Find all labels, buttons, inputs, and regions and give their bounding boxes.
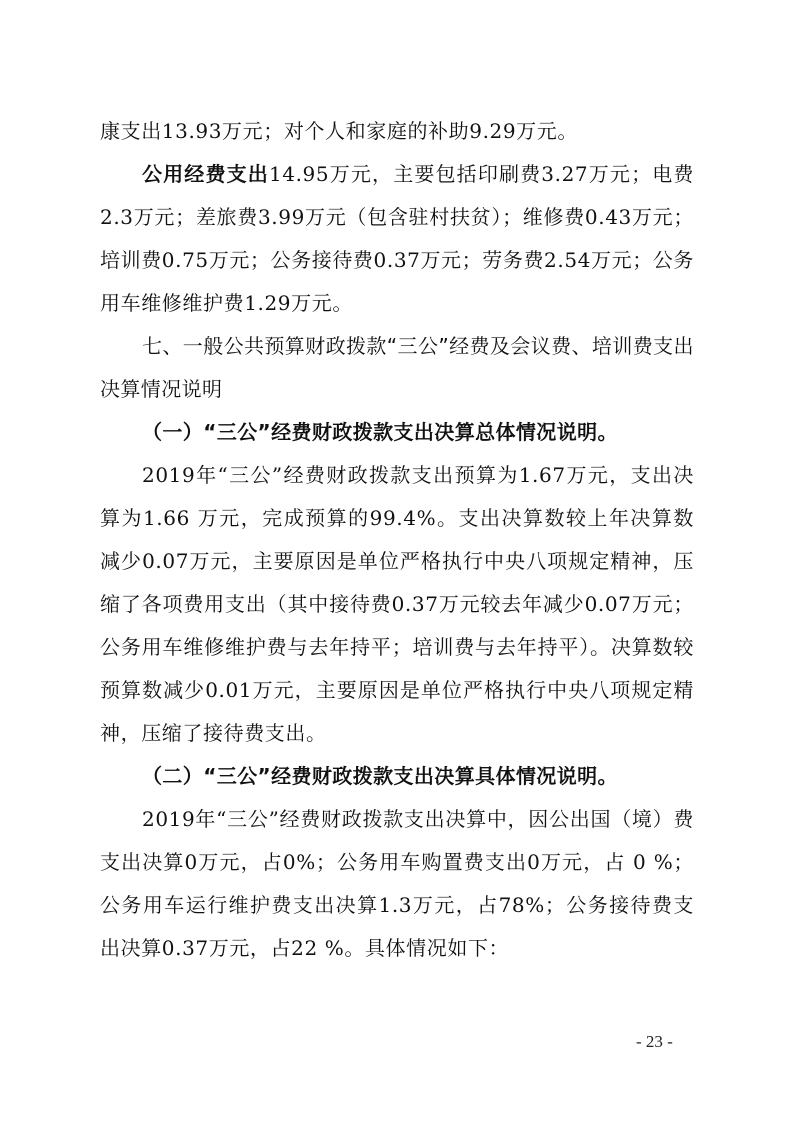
paragraph-overall-explanation: 2019年“三公”经费财政拨款支出预算为1.67万元，支出决算为1.66 万元，…	[100, 454, 694, 755]
section-heading-seven: 七、一般公共预算财政拨款“三公”经费及会议费、培训费支出决算情况说明	[100, 325, 694, 411]
public-expense-label: 公用经费支出	[142, 162, 269, 186]
paragraph-public-expense: 公用经费支出14.95万元，主要包括印刷费3.27万元；电费2.3万元；差旅费3…	[100, 153, 694, 325]
subsection-heading-overall: （一）“三公”经费财政拨款支出决算总体情况说明。	[100, 411, 694, 454]
document-page: 康支出13.93万元；对个人和家庭的补助9.29万元。 公用经费支出14.95万…	[100, 110, 694, 970]
subsection-heading-detail: （二）“三公”经费财政拨款支出决算具体情况说明。	[100, 755, 694, 798]
paragraph-personnel-expense-tail: 康支出13.93万元；对个人和家庭的补助9.29万元。	[100, 110, 694, 153]
page-number: - 23 -	[636, 1032, 673, 1052]
paragraph-detail-explanation: 2019年“三公”经费财政拨款支出决算中，因公出国（境）费支出决算0万元，占0%…	[100, 798, 694, 970]
